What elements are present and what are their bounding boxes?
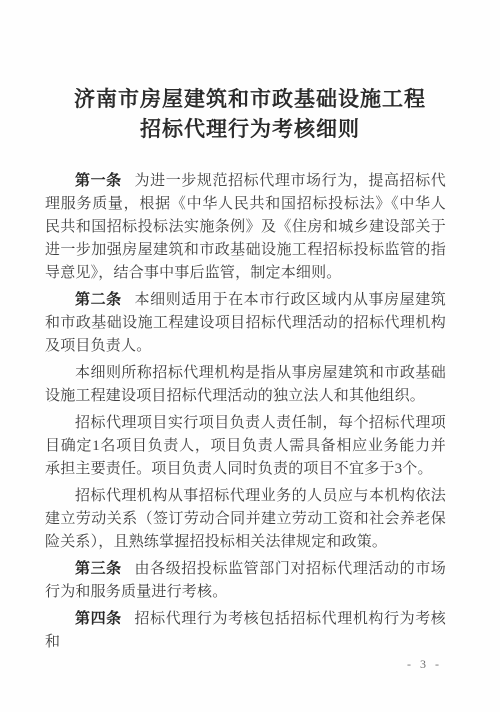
title-line-1: 济南市房屋建筑和市政基础设施工程 (40, 84, 460, 114)
paragraph: 本细则所称招标代理机构是指从事房屋建筑和市政基础设施工程建设项目招标代理活动的独… (45, 362, 446, 408)
clause-label: 第三条 (75, 561, 122, 577)
paragraph: 第三条由各级招投标监管部门对招标代理活动的市场行为和服务质量进行考核。 (45, 558, 446, 604)
paragraph: 第一条为进一步规范招标代理市场行为，提高招标代理服务质量，根据《中华人民共和国招… (45, 170, 446, 285)
paragraph-text: 本细则所称招标代理机构是指从事房屋建筑和市政基础设施工程建设项目招标代理活动的独… (45, 365, 446, 404)
title-line-2: 招标代理行为考核细则 (40, 114, 460, 144)
paragraph-text: 为进一步规范招标代理市场行为，提高招标代理服务质量，根据《中华人民共和国招标投标… (45, 173, 446, 281)
paragraph-text: 招标代理项目实行项目负责人责任制，每个招标代理项目确定1名项目负责人，项目负责人… (45, 415, 446, 477)
document-body: 第一条为进一步规范招标代理市场行为，提高招标代理服务质量，根据《中华人民共和国招… (0, 170, 500, 654)
paragraph-text: 招标代理机构从事招标代理业务的人员应与本机构依法建立劳动关系（签订劳动合同并建立… (45, 488, 446, 550)
clause-label: 第二条 (75, 292, 122, 308)
clause-label: 第一条 (75, 173, 122, 189)
document-title: 济南市房屋建筑和市政基础设施工程 招标代理行为考核细则 (40, 84, 460, 144)
page-number: - 3 - (407, 657, 442, 672)
document-page: 济南市房屋建筑和市政基础设施工程 招标代理行为考核细则 第一条为进一步规范招标代… (0, 0, 500, 712)
paragraph: 第二条本细则适用于在本市行政区域内从事房屋建筑和市政基础设施工程建设项目招标代理… (45, 289, 446, 358)
clause-label: 第四条 (75, 611, 122, 627)
paragraph: 招标代理机构从事招标代理业务的人员应与本机构依法建立劳动关系（签订劳动合同并建立… (45, 485, 446, 554)
paragraph: 招标代理项目实行项目负责人责任制，每个招标代理项目确定1名项目负责人，项目负责人… (45, 412, 446, 481)
paragraph: 第四条招标代理行为考核包括招标代理机构行为考核和 (45, 608, 446, 654)
